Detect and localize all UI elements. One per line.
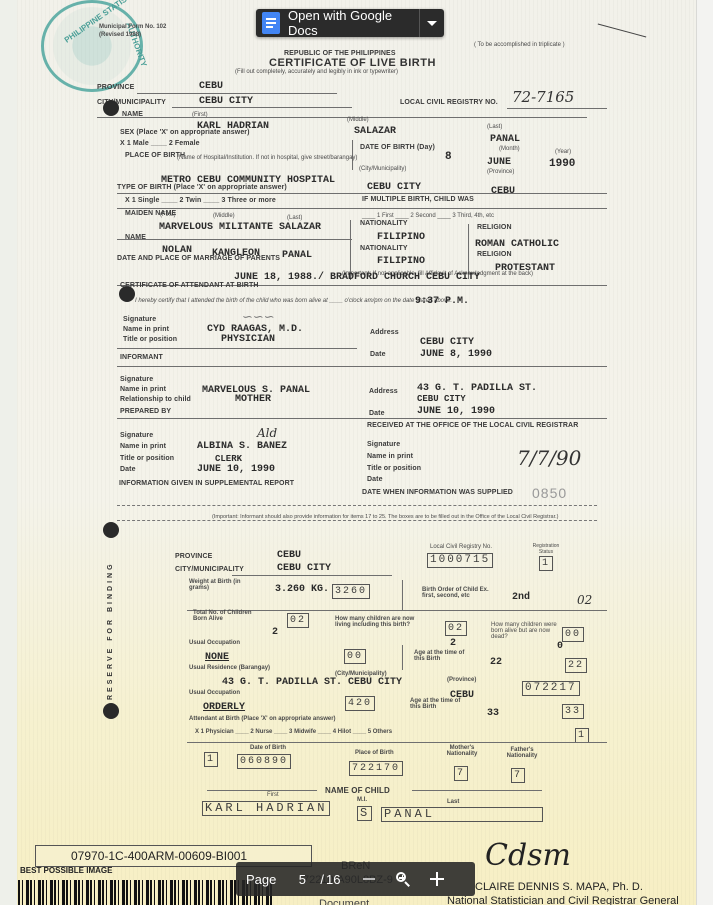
multiple-birth-label: IF MULTIPLE BIRTH, CHILD WAS [362, 196, 474, 203]
attendant-date: JUNE 8, 1990 [420, 349, 492, 360]
birth-order: 2nd [512, 592, 530, 603]
page-total: 16 [326, 872, 340, 887]
punch-hole [103, 522, 119, 538]
triplicate-note: ( To be accomplished in triplicate ) [474, 42, 565, 48]
child-middle-name: SALAZAR [354, 126, 396, 137]
type-of-birth-label: TYPE OF BIRTH (Place 'X' on appropriate … [117, 184, 287, 191]
dead-code: 00 [562, 627, 584, 642]
minus-icon [363, 878, 375, 880]
place-city: CEBU CITY [367, 182, 421, 193]
document-footer: Document [319, 898, 369, 905]
father-age: 33 [487, 708, 499, 719]
registry-label: LOCAL CIVIL REGISTRY NO. [400, 99, 498, 106]
stat-city: CEBU CITY [277, 563, 331, 574]
residence: 43 G. T. PADILLA ST. CEBU CITY [222, 677, 402, 688]
page-separator: / [320, 872, 324, 887]
open-with-google-docs-bar: Open with Google Docs [256, 9, 444, 37]
mother-age: 22 [490, 657, 502, 668]
mother-nationality: FILIPINO [377, 232, 425, 243]
page-label: Page [246, 872, 276, 887]
best-possible-image: BEST POSSIBLE IMAGE [20, 866, 112, 875]
multiple-birth-options: ____ 1 First ____ 2 Second ____ 3 Third,… [362, 213, 494, 219]
attendant-title: PHYSICIAN [221, 334, 275, 345]
received-label: RECEIVED AT THE OFFICE OF THE LOCAL CIVI… [367, 422, 578, 429]
dob-year: 1990 [549, 158, 575, 170]
preparer-date: JUNE 10, 1990 [197, 464, 275, 475]
form-revised: (Revised 1988) [99, 32, 141, 38]
father-age-code: 33 [562, 704, 584, 719]
punch-hole [103, 100, 119, 116]
child-first-name-boxes: KARL HADRIAN [202, 801, 330, 816]
father-last: PANAL [282, 250, 312, 261]
barcode [18, 880, 273, 905]
father-nationality: FILIPINO [377, 256, 425, 267]
preparer-title: CLERK [215, 454, 242, 464]
marriage-value: JUNE 18, 1988./ BRADFORD CHURCH CEBU CIT… [234, 272, 480, 283]
zoom-icon [396, 872, 410, 886]
birth-order-code: 02 [577, 593, 592, 607]
mother-nationality-code: 7 [454, 766, 468, 781]
supplemental-label: INFORMATION GIVEN IN SUPPLEMENTAL REPORT [119, 480, 294, 487]
lcr-no-boxes: 1000715 [427, 553, 493, 568]
dead: 0 [557, 641, 563, 652]
total-born: 2 [272, 627, 278, 638]
date-supplied: 0850 [532, 485, 567, 501]
dob-label: DATE OF BIRTH (Day) [360, 144, 435, 151]
document-page: PHILIPPINE STATISTICS AUTHORITY Municipa… [17, 0, 697, 905]
viewer-scroll-gutter[interactable] [696, 0, 713, 905]
child-mi-box: S [357, 806, 372, 821]
attendant-address: CEBU CITY [420, 337, 474, 348]
attendant-certify: I hereby certify that I attended the bir… [135, 298, 452, 304]
mother-religion: ROMAN CATHOLIC [475, 239, 559, 250]
informant-address-2: CEBU CITY [417, 394, 466, 404]
type-of-birth-options: X 1 Single ____ 2 Twin ____ 3 Three or m… [125, 197, 276, 204]
living: 2 [450, 638, 456, 649]
registry-number: 72-7165 [512, 88, 574, 106]
child-last-name-boxes: PANAL [381, 807, 543, 822]
dob-month: JUNE [487, 157, 511, 168]
certificate-title: CERTIFICATE OF LIVE BIRTH [269, 57, 436, 69]
mother-name: MARVELOUS MILITANTE SALAZAR [159, 222, 321, 233]
open-with-dropdown-button[interactable] [420, 9, 444, 37]
zoom-out-button[interactable] [352, 862, 386, 896]
father-name-label: NAME [125, 234, 146, 241]
residence-code: 072217 [522, 681, 580, 696]
psa-seal [41, 0, 143, 92]
pdf-viewer: PHILIPPINE STATISTICS AUTHORITY Municipa… [0, 0, 713, 905]
mother-age-code: 22 [565, 658, 587, 673]
province-label: PROVINCE [97, 84, 134, 91]
caret-down-icon [427, 21, 437, 26]
received-handwritten-date: 7/7/90 [517, 446, 581, 470]
preparer-signature: Ald [257, 426, 277, 440]
registrar-title: National Statistician and Civil Registra… [447, 895, 679, 905]
date-supplied-label: DATE WHEN INFORMATION WAS SUPPLIED [362, 489, 513, 496]
informant-date: JUNE 10, 1990 [417, 406, 495, 417]
registrar-signature: Cdsm [485, 838, 571, 873]
sex-options: X 1 Male ____ 2 Female [120, 140, 200, 147]
registrar-name: CLAIRE DENNIS S. MAPA, Ph. D. [475, 881, 643, 893]
page-number-input[interactable] [290, 872, 314, 887]
plus-icon [430, 872, 444, 886]
dob-day: 8 [445, 151, 452, 163]
zoom-fit-button[interactable] [386, 862, 420, 896]
binding-margin-text: RESERVE FOR BINDING [107, 561, 114, 700]
mother-occupation: NONE [205, 652, 229, 663]
father-nationality-code: 7 [511, 768, 525, 783]
reg-status-box: 1 [539, 556, 553, 571]
certificate-subtitle: (Fill out completely, accurately and leg… [235, 69, 398, 75]
attendant-code: 1 [575, 728, 589, 743]
zoom-in-button[interactable] [420, 862, 454, 896]
document-id: 07970-1C-400ARM-00609-BI001 [71, 849, 247, 863]
open-with-google-docs-button[interactable]: Open with Google Docs [288, 8, 419, 38]
father-occupation-code: 420 [345, 696, 375, 711]
sex-code-box: 1 [204, 752, 218, 767]
province-value: CEBU [199, 81, 223, 92]
child-last-name: PANAL [490, 134, 520, 145]
marriage-label: DATE AND PLACE OF MARRIAGE OF PARENTS [117, 255, 280, 262]
attendant-options: X 1 Physician ____ 2 Nurse ____ 3 Midwif… [195, 729, 392, 735]
google-docs-icon[interactable] [262, 12, 280, 34]
form-number: Municipal Form No. 102 [99, 24, 166, 30]
informant-relationship: MOTHER [235, 394, 271, 405]
living-code: 02 [445, 621, 467, 636]
weight: 3.260 KG. [275, 584, 329, 595]
place-province: CEBU [491, 186, 515, 197]
stat-province: CEBU [277, 550, 301, 561]
total-born-code: 02 [287, 613, 309, 628]
informant-address-1: 43 G. T. PADILLA ST. [417, 383, 537, 394]
prepared-by-label: PREPARED BY [120, 408, 171, 415]
preparer-name: ALBINA S. BANEZ [197, 441, 287, 452]
sex-label: SEX (Place 'X' on appropriate answer) [120, 129, 250, 136]
republic-heading: REPUBLIC OF THE PHILIPPINES [284, 50, 396, 57]
supplemental-important: (Important: Informant should also provid… [212, 514, 582, 520]
city-value: CEBU CITY [199, 96, 253, 107]
pob-code-boxes: 722170 [349, 761, 403, 776]
page-navigation-bar: Page / 16 [236, 862, 475, 896]
informant-label: INFORMANT [120, 354, 163, 361]
name-of-child-label: NAME OF CHILD [325, 786, 390, 795]
attendant-label: CERTIFICATE OF ATTENDANT AT BIRTH [120, 282, 259, 289]
mother-occupation-code: 00 [344, 649, 366, 664]
birth-time: 9:37 P.M. [415, 296, 469, 307]
punch-hole [103, 703, 119, 719]
weight-code: 3260 [332, 584, 370, 599]
father-occupation: ORDERLY [203, 702, 245, 713]
dob-code-boxes: 060890 [237, 754, 291, 769]
